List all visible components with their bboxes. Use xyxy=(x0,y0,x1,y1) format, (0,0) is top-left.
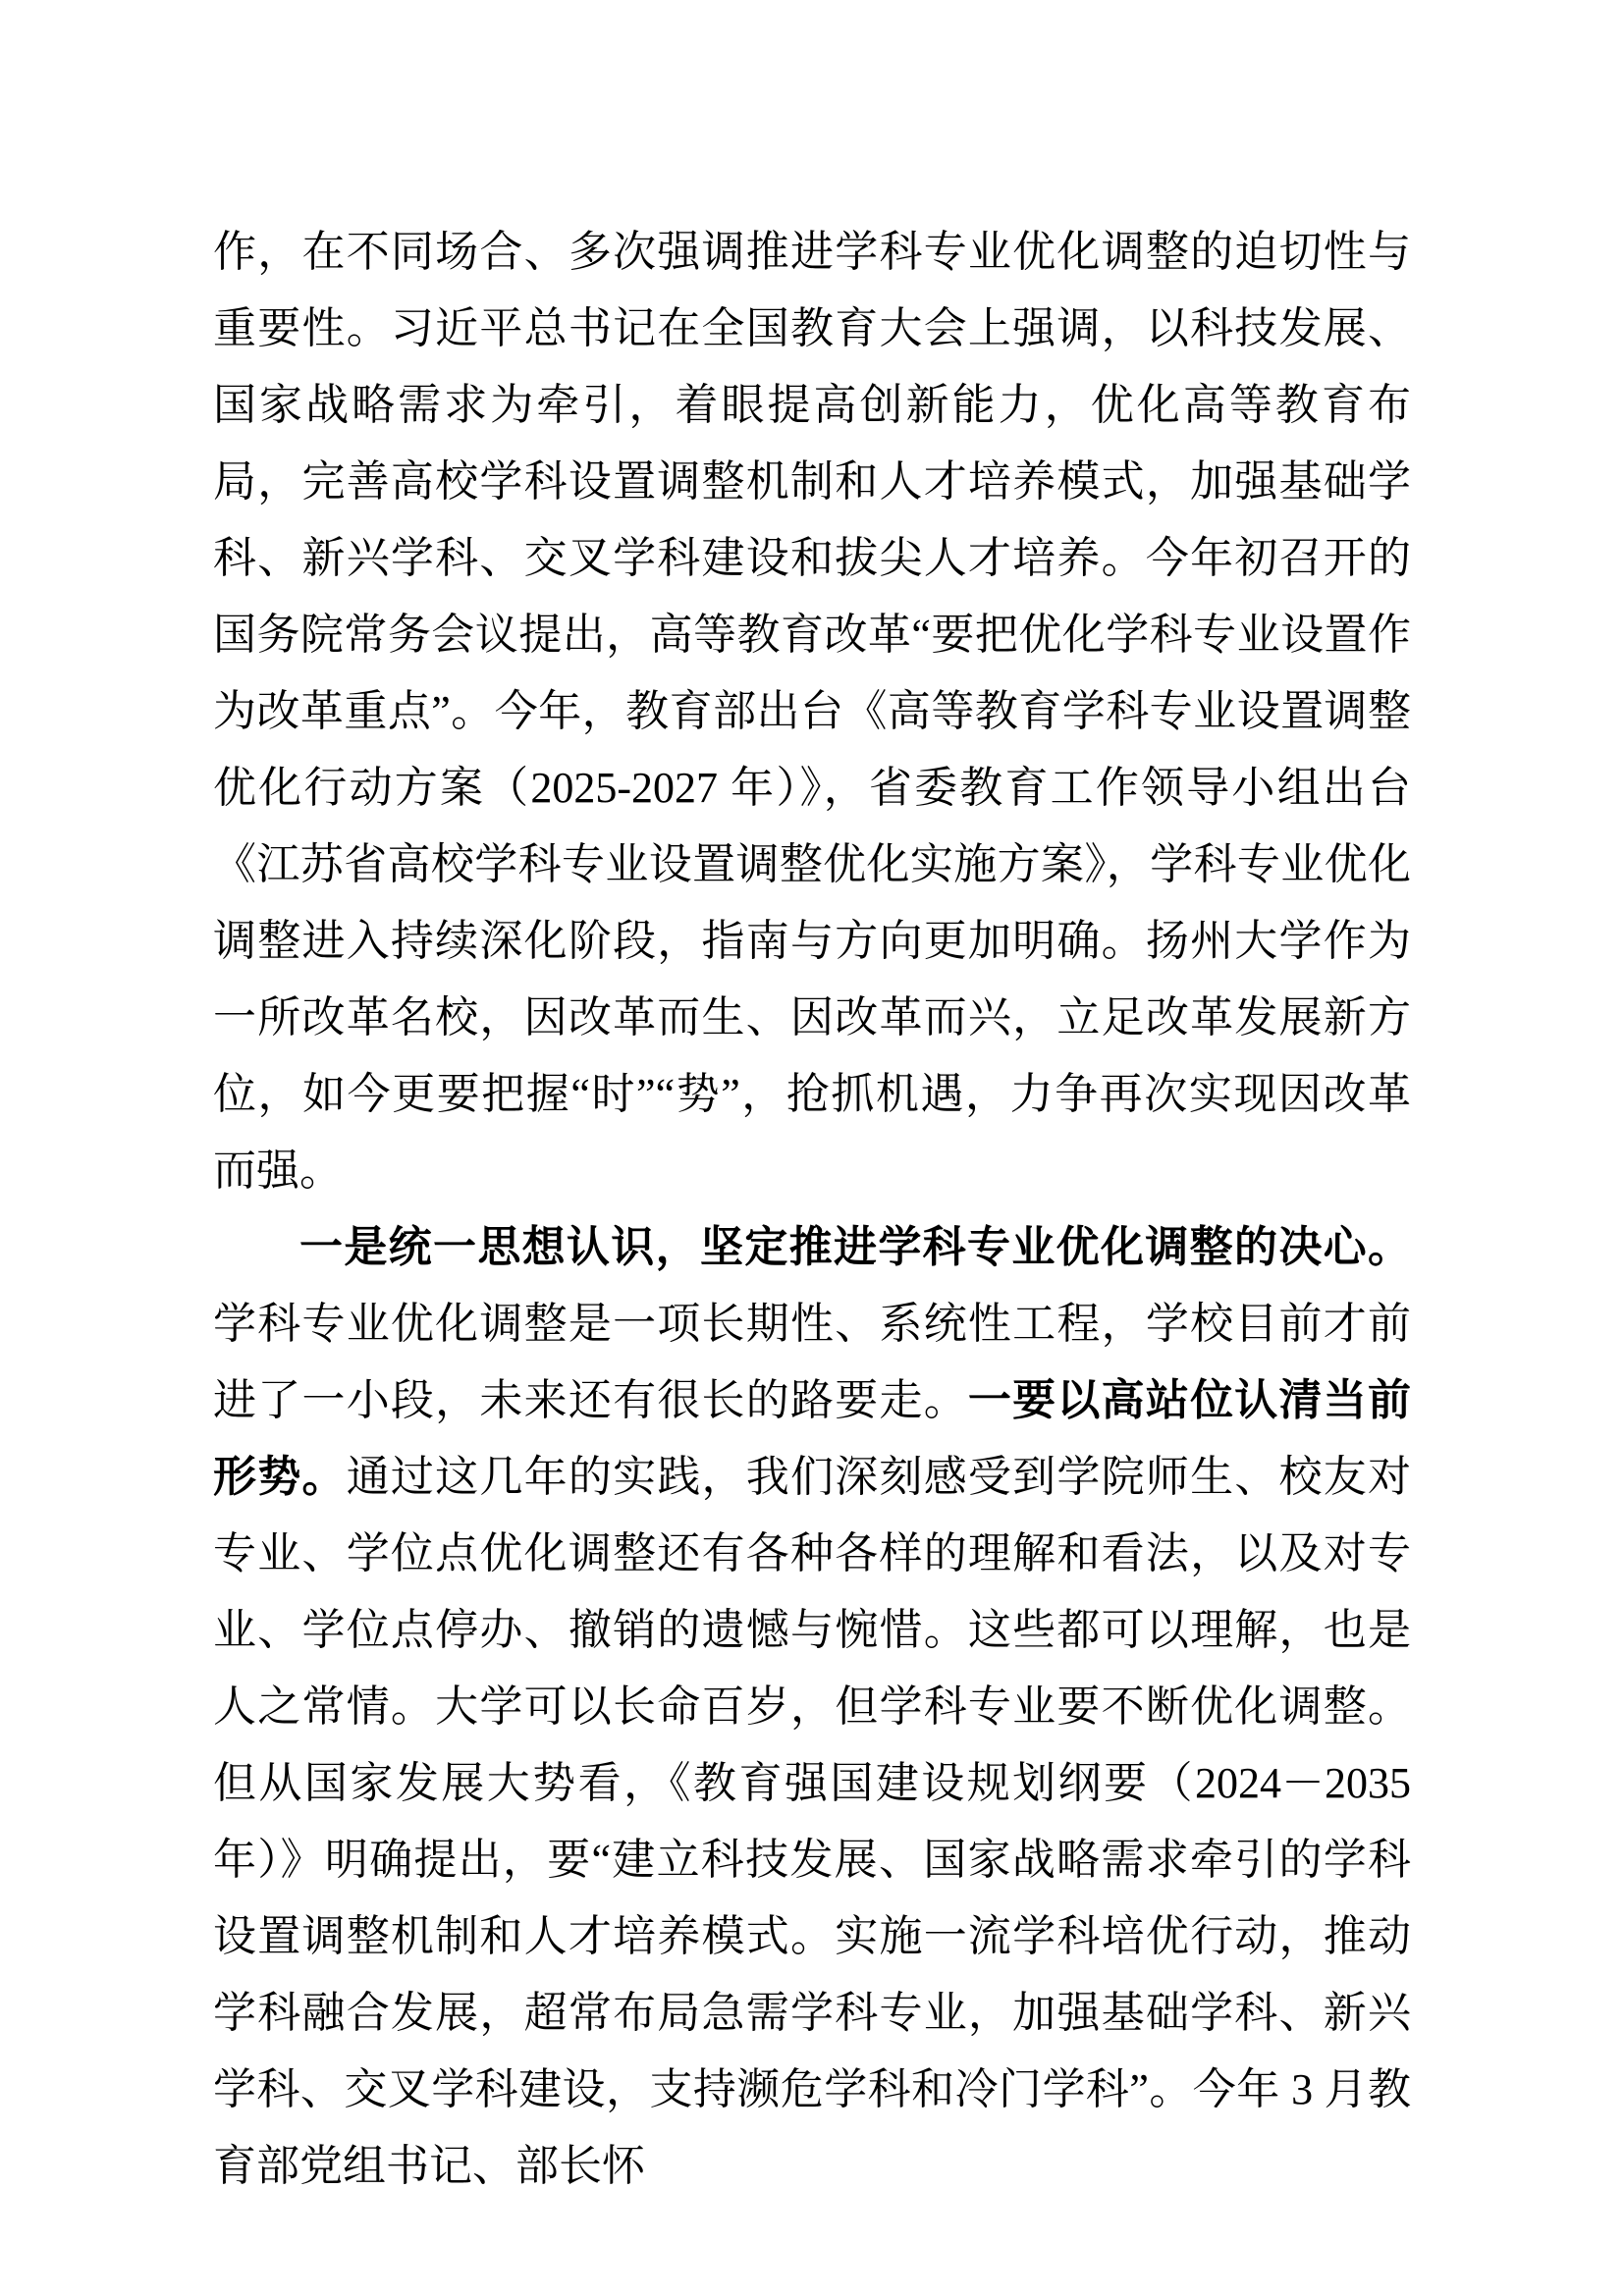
text-run: 通过这几年的实践，我们深刻感受到学院师生、校友对专业、学位点优化调整还有各种各样… xyxy=(213,1453,1411,2190)
document-page: 作，在不同场合、多次强调推进学科专业优化调整的迫切性与重要性。习近平总书记在全国… xyxy=(0,0,1624,2296)
text-run: 作，在不同场合、多次强调推进学科专业优化调整的迫切性与重要性。习近平总书记在全国… xyxy=(213,228,1411,1195)
paragraph-continuation: 作，在不同场合、多次强调推进学科专业优化调整的迫切性与重要性。习近平总书记在全国… xyxy=(213,214,1411,1209)
bold-text-run: 一是统一思想认识，坚定推进学科专业优化调整的决心。 xyxy=(299,1223,1411,1271)
document-body: 作，在不同场合、多次强调推进学科专业优化调整的迫切性与重要性。习近平总书记在全国… xyxy=(213,214,1411,2205)
paragraph-point-one: 一是统一思想认识，坚定推进学科专业优化调整的决心。学科专业优化调整是一项长期性、… xyxy=(213,1209,1411,2205)
